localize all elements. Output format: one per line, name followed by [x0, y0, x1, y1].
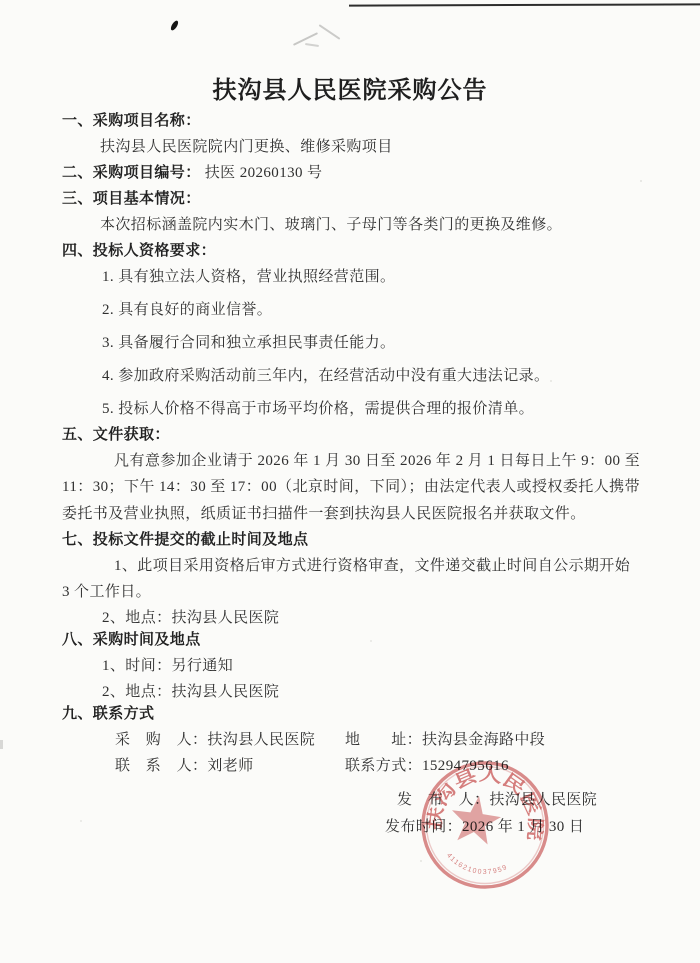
section-heading: 二、采购项目编号： 扶医 20260130 号	[62, 160, 640, 186]
section-line: 扶沟县人民医院院内门更换、维修采购项目	[62, 134, 640, 160]
section: 一、采购项目名称：扶沟县人民医院院内门更换、维修采购项目	[62, 108, 640, 160]
official-seal-stamp: 扶沟县人民医院 4116210037959	[414, 754, 556, 896]
section-heading: 五、文件获取：	[62, 422, 640, 448]
section-heading: 四、投标人资格要求：	[62, 238, 640, 264]
section-heading-label: 七、投标文件提交的截止时间及地点	[62, 532, 308, 548]
contact-cell: 联 系 人：刘老师	[62, 753, 345, 779]
section-heading: 九、联系方式	[62, 701, 640, 727]
section-line: 5. 投标人价格不得高于市场平均价格，需提供合理的报价清单。	[62, 396, 640, 422]
section-line: 4. 参加政府采购活动前三年内，在经营活动中没有重大违法记录。	[62, 363, 640, 389]
section: 二、采购项目编号： 扶医 20260130 号	[62, 160, 640, 186]
section-line: 2. 具有良好的商业信誉。	[62, 297, 640, 323]
scan-artifact-speck	[169, 20, 179, 32]
section: 四、投标人资格要求：1. 具有独立法人资格，营业执照经营范围。2. 具有良好的商…	[62, 238, 640, 422]
section: 七、投标文件提交的截止时间及地点1、此项目采用资格后审方式进行资格审查，文件递交…	[62, 527, 640, 631]
section-line: 本次招标涵盖院内实木门、玻璃门、子母门等各类门的更换及维修。	[62, 212, 640, 238]
section-heading-label: 四、投标人资格要求：	[62, 243, 216, 259]
section-heading-label: 三、项目基本情况：	[62, 191, 201, 207]
section-line: 3. 具备履行合同和独立承担民事责任能力。	[62, 330, 640, 356]
scan-artifact-scratch	[305, 43, 319, 47]
seal-code-text: 4116210037959	[443, 851, 511, 879]
scan-artifact-edge-mark	[0, 740, 3, 749]
document-sections: 一、采购项目名称：扶沟县人民医院院内门更换、维修采购项目二、采购项目编号： 扶医…	[62, 108, 640, 779]
section-heading-label: 二、采购项目编号：	[62, 165, 201, 181]
section-heading-label: 九、联系方式	[62, 706, 154, 722]
section-heading: 八、采购时间及地点	[62, 627, 640, 653]
scanned-document-page: 扶沟县人民医院采购公告 一、采购项目名称：扶沟县人民医院院内门更换、维修采购项目…	[0, 0, 700, 963]
section: 三、项目基本情况：本次招标涵盖院内实木门、玻璃门、子母门等各类门的更换及维修。	[62, 186, 640, 238]
section: 八、采购时间及地点1、时间：另行通知2、地点：扶沟县人民医院	[62, 627, 640, 705]
contact-cell: 采 购 人：扶沟县人民医院	[62, 727, 345, 753]
section-heading: 七、投标文件提交的截止时间及地点	[62, 527, 640, 553]
section: 五、文件获取：凡有意参加企业请于 2026 年 1 月 30 日至 2026 年…	[62, 422, 640, 527]
section-heading-label: 五、文件获取：	[62, 427, 170, 443]
svg-text:扶沟县人民医院: 扶沟县人民医院	[423, 757, 554, 845]
scan-artifact-line	[349, 3, 700, 6]
section-line: 1、此项目采用资格后审方式进行资格审查，文件递交截止时间自公示期开始 3 个工作…	[62, 553, 640, 605]
section-heading-label: 八、采购时间及地点	[62, 632, 201, 648]
section-heading: 三、项目基本情况：	[62, 186, 640, 212]
seal-org-text: 扶沟县人民医院	[423, 757, 554, 845]
section-heading-value: 扶医 20260130 号	[201, 165, 323, 181]
seal-star-icon	[448, 792, 503, 845]
document-title: 扶沟县人民医院采购公告	[0, 70, 700, 105]
section-line: 凡有意参加企业请于 2026 年 1 月 30 日至 2026 年 2 月 1 …	[62, 448, 640, 527]
scan-artifact-scratch	[319, 24, 341, 40]
contact-row: 采 购 人：扶沟县人民医院地 址：扶沟县金海路中段	[62, 727, 640, 753]
section-heading: 一、采购项目名称：	[62, 108, 640, 134]
section-line: 1、时间：另行通知	[62, 653, 640, 679]
seal-svg: 扶沟县人民医院 4116210037959	[405, 745, 565, 905]
svg-text:4116210037959: 4116210037959	[443, 851, 511, 879]
section-line: 1. 具有独立法人资格，营业执照经营范围。	[62, 264, 640, 290]
section-heading-label: 一、采购项目名称：	[62, 113, 201, 129]
contact-cell: 地 址：扶沟县金海路中段	[345, 727, 640, 753]
